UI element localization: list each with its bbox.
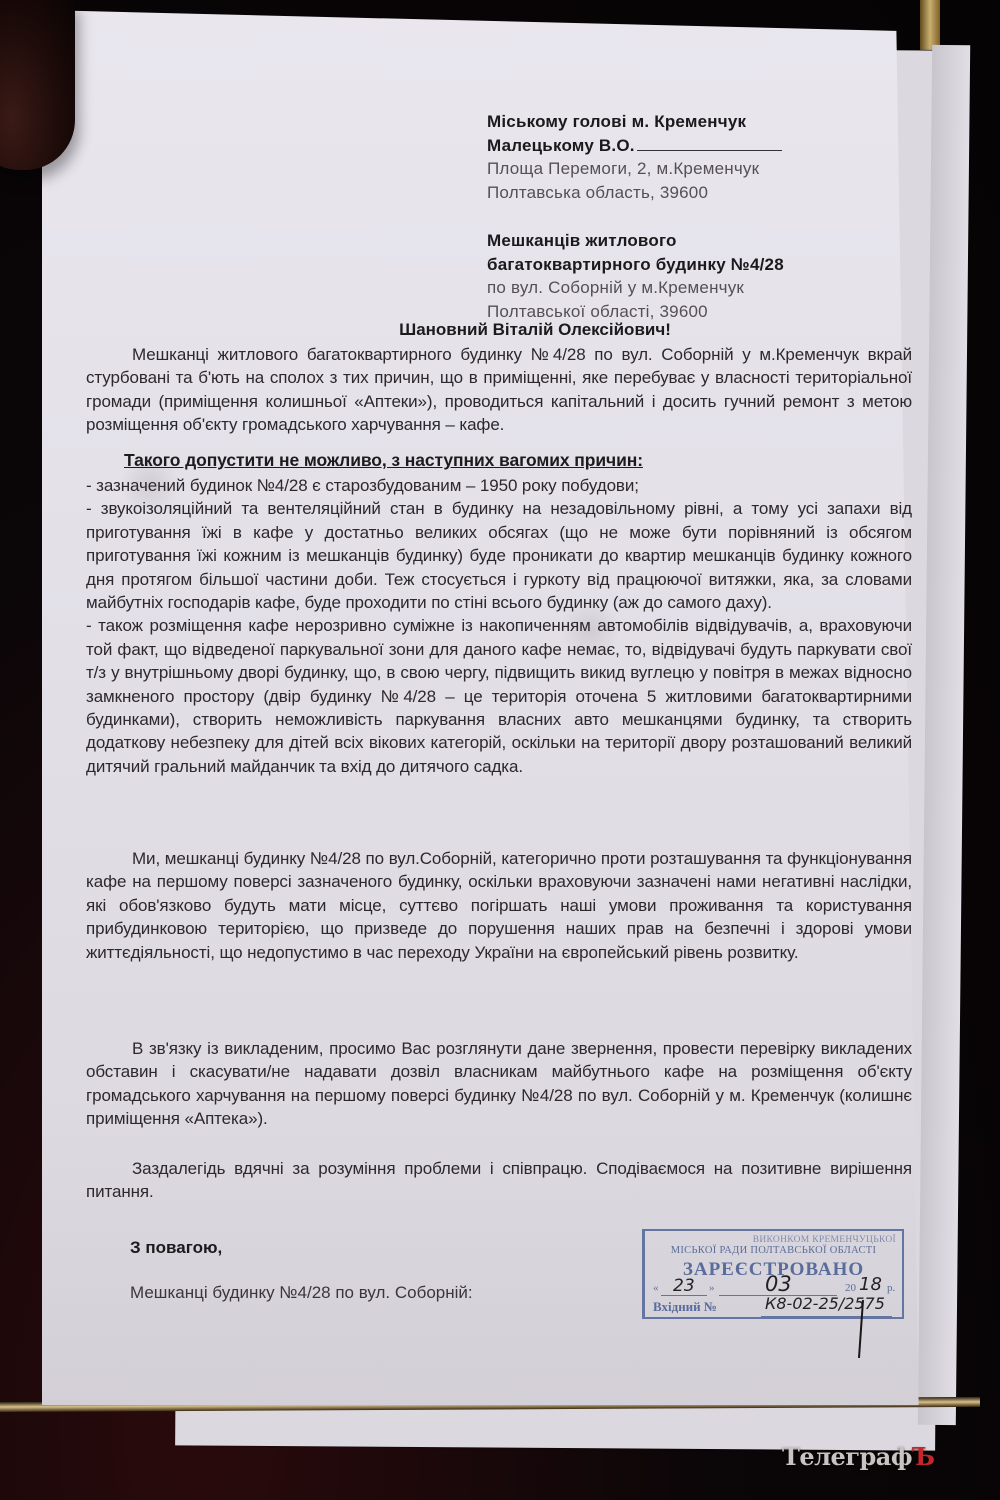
recipient-line-4: Полтавська область, 39600 <box>487 181 784 205</box>
stamp-incoming-label: Вхідний № <box>653 1299 717 1315</box>
sender-line-2: багатоквартирного будинку №4/28 <box>487 253 784 277</box>
stamp-year-suffix: р. <box>887 1282 895 1294</box>
thanks-paragraph: Заздалегідь вдячні за розуміння проблеми… <box>86 1157 912 1204</box>
sender-line-3: по вул. Соборній у м.Кременчук <box>487 276 784 300</box>
stamp-authority-line-1: ВИКОНКОМ КРЕМЕНЧУЦЬКОЇ <box>655 1235 896 1245</box>
registration-stamp: ВИКОНКОМ КРЕМЕНЧУЦЬКОЇ МІСЬКОЇ РАДИ ПОЛТ… <box>642 1229 904 1319</box>
stamp-month: 03 <box>765 1272 792 1296</box>
reason-item: - звукоізоляційний та вентеляційний стан… <box>86 497 912 614</box>
folder-gold-edge-top <box>920 0 940 50</box>
salutation: Шановний Віталій Олексійович! <box>0 320 1000 340</box>
stamp-year: 18 <box>859 1274 882 1295</box>
address-block: Міському голові м. Кременчук Малецькому … <box>487 110 784 323</box>
intro-paragraph: Мешканці житлового багатоквартирного буд… <box>86 343 912 437</box>
recipient-line-1: Міському голові м. Кременчук <box>487 110 784 134</box>
stamp-year-prefix: 20 <box>845 1282 856 1294</box>
publisher-watermark: ТелеграфЪ <box>782 1442 934 1471</box>
fill-line <box>637 150 782 151</box>
stamp-incoming-row: Вхідний № К8-02-25/2575 <box>653 1299 896 1317</box>
reason-item: - зазначений будинок №4/28 є старозбудов… <box>86 474 912 497</box>
reason-item: - також розміщення кафе нерозривно суміж… <box>86 614 912 778</box>
sender-line-1: Мешканців житлового <box>487 229 784 253</box>
recipient-line-3: Площа Перемоги, 2, м.Кременчук <box>487 157 784 181</box>
reasons-list: - зазначений будинок №4/28 є старозбудов… <box>86 474 912 778</box>
closing: З повагою, <box>130 1238 222 1258</box>
stamp-authority-line-2: МІСЬКОЇ РАДИ ПОЛТАВСЬКОЇ ОБЛАСТІ <box>653 1245 894 1256</box>
signers-line: Мешканці будинку №4/28 по вул. Соборній: <box>130 1283 473 1303</box>
recipient-line-2: Малецькому В.О. <box>487 134 784 158</box>
objection-paragraph: Ми, мешканці будинку №4/28 по вул.Соборн… <box>86 847 912 964</box>
request-paragraph: В зв'язку із викладеним, просимо Вас роз… <box>86 1037 912 1131</box>
stamp-incoming-number: К8-02-25/2575 <box>765 1294 885 1313</box>
stamp-day: 23 <box>673 1276 695 1296</box>
thumb-holding-paper <box>0 0 75 170</box>
reasons-heading: Такого допустити не можливо, з наступних… <box>124 450 643 471</box>
